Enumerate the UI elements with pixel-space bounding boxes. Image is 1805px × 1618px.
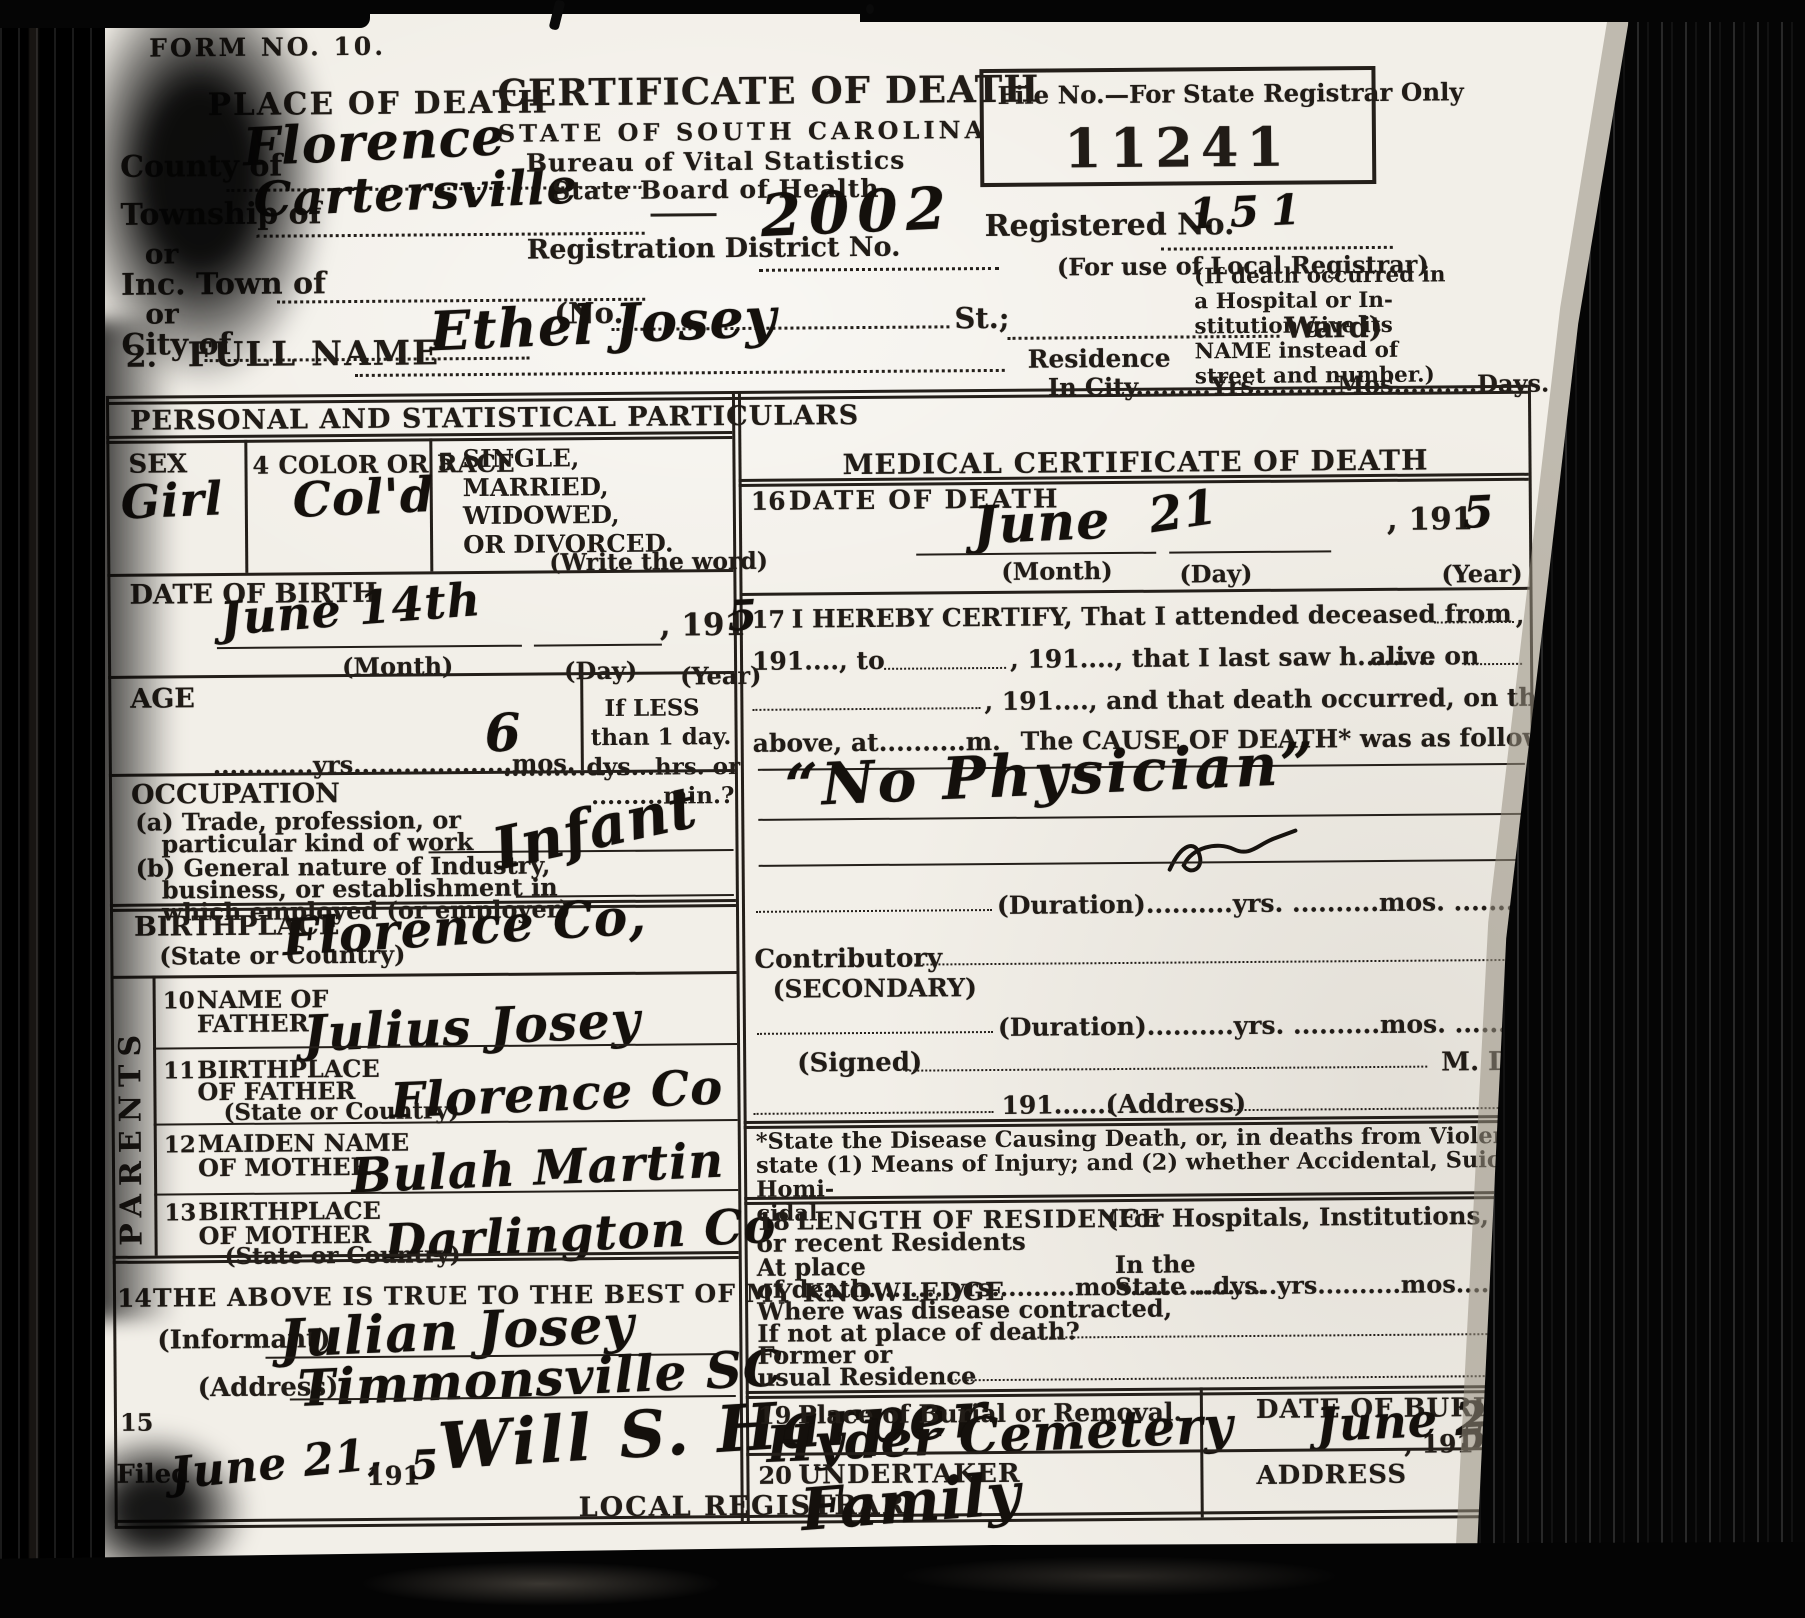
film-edge-left: [0, 0, 105, 1618]
dod-year-value: 5: [1462, 487, 1496, 539]
dod-day-value: 21: [1145, 479, 1221, 545]
fullname-value: Ethel Josey: [428, 285, 778, 364]
sex-race-divider: [244, 440, 248, 573]
birthplace-bottom-rule: [110, 971, 736, 978]
hospital-note-line: a Hospital or In-: [1194, 288, 1446, 315]
marital-options: SINGLE, MARRIED, WIDOWED, OR DIVORCED.: [462, 444, 673, 560]
residence18-ifnot-blank: [1017, 1333, 1527, 1339]
addr-year: 191.......: [1001, 1090, 1114, 1120]
film-artifact-dot: [866, 4, 874, 14]
dob-month-line: [217, 645, 522, 649]
dod-day-label: (Day): [1179, 559, 1252, 589]
residence18-usual-blank: [948, 1375, 1528, 1382]
personal-header: PERSONAL AND STATISTICAL PARTICULARS: [130, 400, 859, 437]
father-name-l2: FATHER: [197, 1008, 309, 1038]
dob-month-label: (Month): [342, 651, 454, 681]
registration-district-line: [759, 267, 999, 272]
certify-line2c: alive on: [1370, 641, 1479, 671]
addr-label: (Address): [1105, 1089, 1246, 1120]
st-label: St.;: [954, 301, 1009, 335]
duration2-blank: [757, 1031, 993, 1035]
signed-label: (Signed): [797, 1048, 922, 1079]
certify-line2-blank: [884, 667, 1006, 670]
residence18-usual: usual Residence: [758, 1361, 977, 1392]
dod-day-line: [1169, 550, 1331, 553]
dod-year-printed: , 191: [1387, 501, 1474, 538]
film-edge-top-right: [860, 0, 1805, 22]
father-name-value: Julius Josey: [302, 990, 642, 1063]
undertaker-number: 20: [758, 1461, 792, 1490]
dod-month-line: [916, 552, 1156, 556]
hospital-note-line: stitution give its: [1194, 313, 1446, 340]
registered-no-value: 151: [1188, 184, 1314, 238]
registration-district-value: 2002: [759, 174, 955, 250]
dod-bottom-rule: [740, 587, 1530, 596]
dod-number: 16: [751, 487, 786, 516]
dob-day-label: (Day): [564, 656, 637, 686]
cause-line3: [759, 859, 1526, 867]
ink-scribble: [1161, 824, 1311, 881]
dod-month-label: (Month): [1001, 556, 1113, 586]
marital-line: SINGLE,: [462, 444, 673, 474]
marital-line: MARRIED,: [463, 472, 674, 502]
certificate-title: CERTIFICATE OF DEATH: [497, 67, 932, 114]
filed-year-value: 5: [409, 1441, 440, 1489]
undertaker-address-label: ADDRESS: [1256, 1460, 1407, 1491]
film-edge-top-left: [0, 0, 370, 28]
certify-line1: I HEREBY CERTIFY, That I attended deceas…: [792, 599, 1512, 634]
age-less-line: than 1 day.: [591, 722, 741, 753]
residence-label: Residence: [1028, 344, 1171, 374]
contributory-blank: [914, 959, 1524, 966]
file-box-label: File No.—For State Registrar Only: [997, 78, 1385, 110]
dob-day-line: [534, 644, 662, 647]
race-value: Col'd: [292, 467, 436, 529]
contributory-label: Contributory: [754, 943, 942, 974]
signed-blank: [905, 1066, 1427, 1072]
certify-line2a: 191...., to: [752, 646, 885, 676]
age-less-line: If LESS: [590, 693, 740, 724]
mother-name-l2: OF MOTHER: [198, 1152, 371, 1182]
marital-line: WIDOWED,: [463, 501, 674, 531]
duration1-blank: [756, 909, 992, 913]
dob-year-label: (Year): [680, 661, 761, 691]
age-less-divider: [580, 672, 583, 770]
certificate-paper: FORM NO. 10. PLACE OF DEATH County of Fl…: [103, 6, 1628, 1558]
certify-line2-blank2: [1464, 663, 1522, 665]
hospital-note-line: (If death occurred in: [1194, 263, 1446, 290]
hospital-note-line: NAME instead of: [1195, 338, 1447, 365]
marital-number: 5: [437, 447, 454, 476]
heading-dash: [651, 213, 717, 216]
dod-month-value: June: [972, 490, 1112, 557]
fullname-line: [355, 369, 1005, 377]
certify-line3-blank: [752, 707, 980, 711]
dod-year-label: (Year): [1441, 559, 1522, 589]
secondary-label: (SECONDARY): [773, 973, 977, 1004]
certify-number: 17: [752, 605, 786, 634]
state-line: STATE OF SOUTH CAROLINA: [498, 115, 933, 147]
addr-blank1: [754, 1111, 994, 1115]
scanned-death-certificate: FORM NO. 10. PLACE OF DEATH County of Fl…: [0, 0, 1805, 1618]
race-number: 4: [252, 451, 269, 480]
file-number-box: File No.—For State Registrar Only 11241: [979, 66, 1376, 187]
file-number-value: 11241: [984, 114, 1372, 181]
